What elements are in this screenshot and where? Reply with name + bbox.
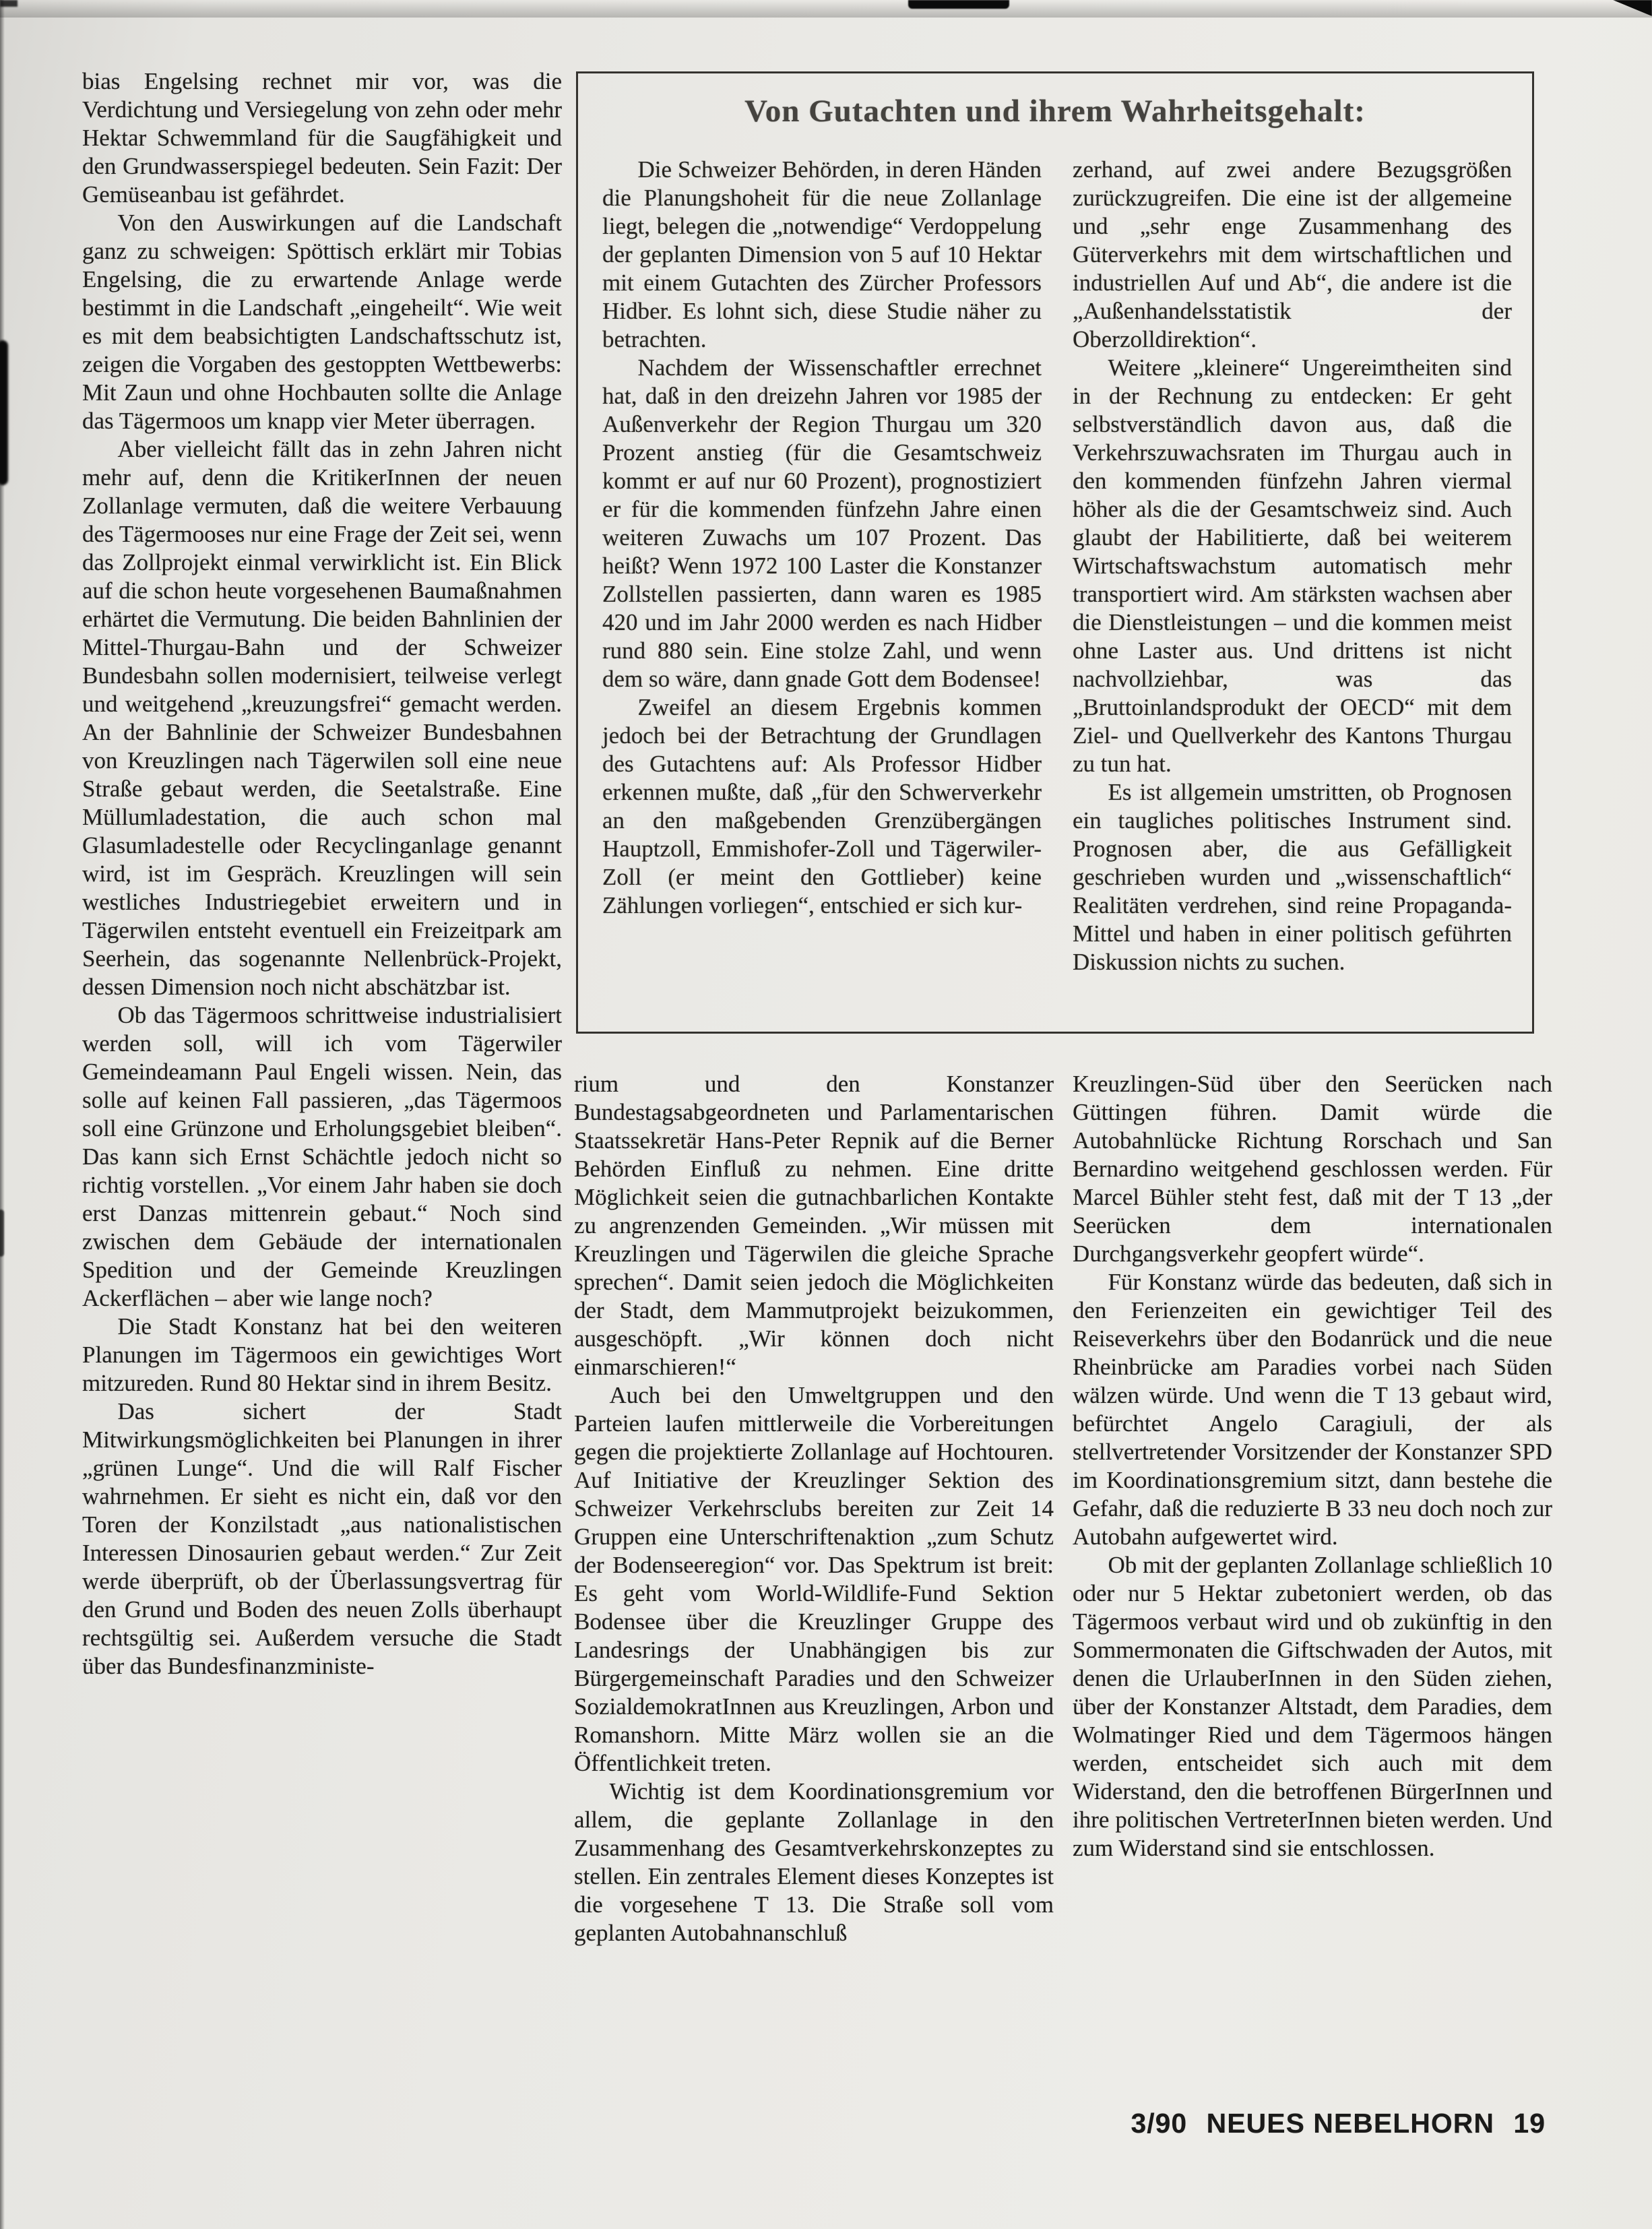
scan-shadow-left-edge (0, 0, 5, 2229)
box-column-2: zerhand, auf zwei andere Bezugsgrößen zu… (1073, 156, 1512, 976)
middle-column: rium und den Konstanzer Bundestagsabgeor… (574, 1070, 1054, 1947)
paragraph: Nachdem der Wissenschaftler errechnet ha… (602, 354, 1042, 693)
paragraph: Von den Auswirkungen auf die Landschaft … (82, 209, 562, 435)
paragraph: zerhand, auf zwei andere Bezugsgrößen zu… (1073, 156, 1512, 354)
paragraph: Die Schweizer Behörden, in deren Händen … (602, 156, 1042, 354)
right-column: Kreuzlingen-Süd über den Seerücken nach … (1073, 1070, 1552, 1862)
gutachten-box: Von Gutachten und ihrem Wahrheitsgehalt:… (576, 71, 1534, 1034)
issue-number: 3/90 (1131, 2108, 1187, 2139)
paragraph: Ob das Tägermoos schrittweise industrial… (82, 1001, 562, 1313)
page-number: 19 (1513, 2108, 1546, 2139)
paragraph: Die Stadt Konstanz hat bei den weiteren … (82, 1313, 562, 1398)
paragraph: Auch bei den Umweltgruppen und den Parte… (574, 1381, 1054, 1778)
paragraph: Aber vielleicht fällt das in zehn Jahren… (82, 435, 562, 1001)
paragraph: bias Engelsing rechnet mir vor, was die … (82, 67, 562, 209)
paragraph: Zweifel an diesem Ergebnis kommen jedoch… (602, 693, 1042, 920)
magazine-page: bias Engelsing rechnet mir vor, was die … (0, 0, 1652, 2229)
page-footer: 3/90 NEUES NEBELHORN 19 (1120, 2108, 1546, 2139)
paragraph: rium und den Konstanzer Bundestagsabgeor… (574, 1070, 1054, 1381)
scan-artifact-top-left-corner (0, 0, 18, 7)
paragraph: Für Konstanz würde das bedeuten, daß sic… (1073, 1268, 1552, 1551)
paragraph: Kreuzlingen-Süd über den Seerücken nach … (1073, 1070, 1552, 1268)
left-column: bias Engelsing rechnet mir vor, was die … (82, 67, 562, 1681)
magazine-title: NEUES NEBELHORN (1207, 2108, 1494, 2139)
scan-artifact-left-blob-small (0, 1210, 4, 1257)
paragraph: Es ist allgemein umstritten, ob Prognose… (1073, 778, 1512, 976)
box-title: Von Gutachten und ihrem Wahrheitsgehalt: (592, 94, 1519, 129)
scan-artifact-top-dash (908, 0, 1009, 9)
box-column-1: Die Schweizer Behörden, in deren Händen … (602, 156, 1042, 920)
scan-artifact-left-blob (0, 340, 8, 485)
paragraph: Das sichert der Stadt Mitwirkungsmöglich… (82, 1398, 562, 1681)
paragraph: Weitere „kleinere“ Ungereimtheiten sind … (1073, 354, 1512, 778)
paragraph: Ob mit der geplanten Zollanlage schließl… (1073, 1551, 1552, 1862)
scan-shadow-bottom-edge (0, 0, 1652, 18)
paragraph: Wichtig ist dem Koordinationsgremium vor… (574, 1778, 1054, 1947)
